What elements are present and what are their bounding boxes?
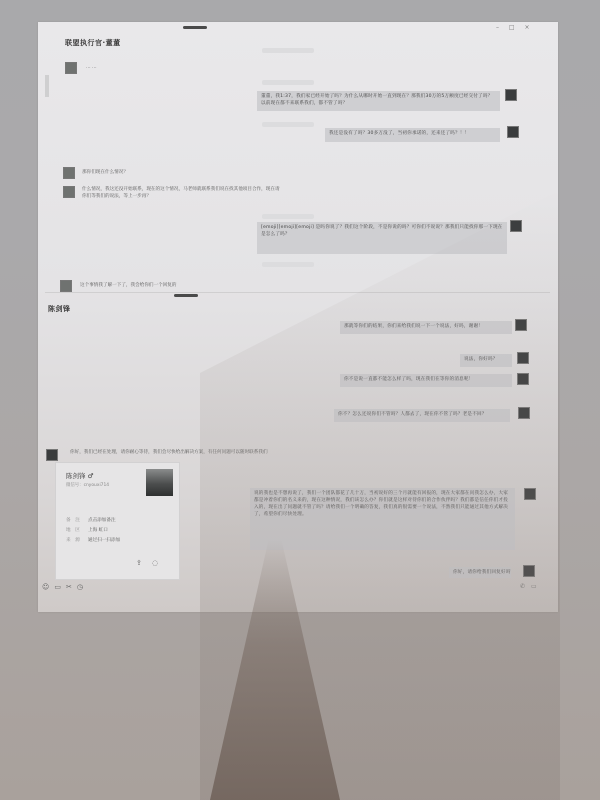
message-bubble: 你不是说一直都不能怎么样了吗，现在我们在等你的消息呢！ — [340, 374, 512, 387]
timestamp — [262, 214, 314, 219]
close-icon[interactable]: × — [525, 24, 530, 31]
phone-icon[interactable]: ✆ — [520, 583, 525, 590]
camera-notch — [183, 26, 207, 29]
call-tools: ✆ ▭ — [520, 583, 537, 590]
message-bubble: 说的我也是不想再说了，我们一个团队都花了几十万，当初说好的三个月就能有回报的，现… — [250, 488, 515, 550]
chat-title: 陈剑锋 — [48, 304, 71, 314]
message-bubble: 你不？怎么还说你们不管吗？人都去了，现在你不管了吗？老是不回？ — [334, 409, 510, 422]
timestamp — [262, 48, 314, 53]
contact-card: 陈剑锋 ♂ 微信号：cnyouxi714 备 注点击添加备注 地 区上海 虹口 … — [55, 462, 180, 580]
minimize-icon[interactable]: – — [496, 24, 499, 31]
timestamp — [262, 122, 314, 127]
contact-row-remark[interactable]: 备 注点击添加备注 — [66, 517, 116, 523]
avatar[interactable] — [515, 319, 527, 331]
scissors-icon[interactable]: ✂ — [66, 583, 77, 591]
avatar[interactable] — [46, 449, 58, 461]
window-controls[interactable]: – □ × — [496, 24, 530, 31]
message-bubble: 董董，我1:37，我们家已经开始了吗？为什么从哪时开始一直到现在？那我们30万的… — [257, 91, 500, 111]
avatar[interactable] — [65, 62, 77, 74]
avatar[interactable] — [518, 407, 530, 419]
avatar[interactable] — [505, 89, 517, 101]
avatar[interactable] — [517, 373, 529, 385]
camera-notch — [174, 294, 198, 297]
message-text: 什么情况，我这还没开始联系，现在的这个情况，马老师就联系我们说在找其他项目合作，… — [82, 186, 282, 200]
contact-id: 微信号：cnyouxi714 — [66, 482, 109, 488]
avatar[interactable] — [523, 565, 535, 577]
message-bubble: 说法，你好吗？ — [460, 354, 512, 367]
message-bubble: 你好，请你给我们回复好吗？ — [449, 567, 511, 578]
maximize-icon[interactable]: □ — [509, 24, 515, 31]
contact-row-source: 来 源通过扫一扫添加 — [66, 537, 120, 543]
folder-icon[interactable]: ▭ — [54, 583, 66, 591]
message-bubble: 那就等你们的结果，你们来给我们说一下一个说法，好吗，谢谢！ — [340, 321, 512, 334]
screenshot-divider — [45, 292, 550, 293]
emoji-icon[interactable]: ☺ — [42, 583, 54, 591]
message-bubble: [emoji][emoji][emoji] 是吗你说了？我们这个阶段，不是你说的… — [257, 222, 507, 254]
chat-toolbar: ☺▭✂◷ — [42, 583, 88, 591]
chat-title: 联盟执行官·董董 — [65, 38, 121, 48]
avatar[interactable] — [510, 220, 522, 232]
share-icon[interactable]: ⇪ — [136, 559, 142, 567]
avatar[interactable] — [507, 126, 519, 138]
avatar[interactable] — [63, 167, 75, 179]
timestamp — [262, 262, 314, 267]
message-bubble: 我还是没有了吗？30多万没了，当初你承诺的，还来还了吗？！！ — [325, 128, 500, 142]
message-text: 这个事情我了解一下了，我会给你们一个回复的 — [80, 282, 176, 289]
video-icon[interactable]: ▭ — [531, 583, 537, 590]
avatar[interactable] — [60, 280, 72, 292]
contact-photo[interactable] — [146, 469, 173, 496]
message-icon[interactable]: ◌ — [152, 559, 158, 567]
contact-row-region: 地 区上海 虹口 — [66, 527, 108, 533]
avatar[interactable] — [63, 186, 75, 198]
message-text: 那你们现在什么情况？ — [82, 169, 128, 176]
timestamp — [262, 80, 314, 85]
chat-history-icon[interactable]: ◷ — [77, 583, 88, 591]
message-text: 你好，我们已经在处理，请你耐心等待，我们会尽快给出解决方案，有任何问题可以随时联… — [70, 449, 295, 456]
avatar[interactable] — [517, 352, 529, 364]
message-text: … … — [86, 64, 97, 71]
scrollbar[interactable] — [45, 75, 49, 97]
contact-name: 陈剑锋 ♂ — [66, 471, 93, 480]
avatar[interactable] — [524, 488, 536, 500]
